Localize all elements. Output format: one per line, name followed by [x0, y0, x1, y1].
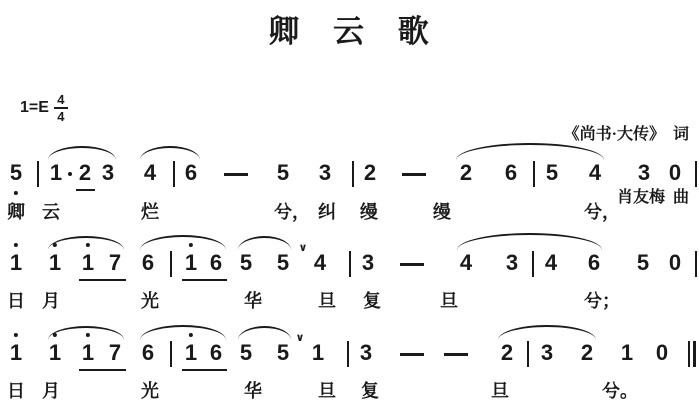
note: 1	[50, 160, 62, 186]
note: 6	[588, 250, 600, 276]
barline	[170, 251, 172, 277]
barline	[695, 251, 697, 277]
duration-dash	[224, 173, 248, 176]
note: 1	[49, 340, 61, 366]
lyric-syllable: 旦	[318, 377, 336, 403]
lyric-syllable: 纠	[318, 198, 336, 224]
lyric-syllable: 兮，	[274, 198, 310, 224]
note: 7	[109, 250, 121, 276]
barline	[173, 161, 175, 187]
note: 5	[10, 160, 22, 186]
note: 3	[638, 160, 650, 186]
note: 5	[637, 250, 649, 276]
note: 1	[82, 250, 94, 276]
slur	[498, 325, 596, 340]
lyric-syllable: 缦	[433, 198, 451, 224]
barline	[37, 161, 39, 187]
note: 1	[621, 340, 633, 366]
eighth-note-beam	[76, 189, 95, 191]
barline	[352, 161, 354, 187]
note: 7	[109, 340, 121, 366]
augmentation-dot	[68, 172, 72, 176]
note: 1	[185, 340, 197, 366]
lyric-syllable: 旦	[318, 287, 336, 313]
barline	[533, 161, 535, 187]
lyric-syllable: 日	[7, 377, 25, 403]
note: 6	[505, 160, 517, 186]
barline	[527, 341, 529, 367]
lyric-syllable: 兮。	[602, 377, 638, 403]
lyric-syllable: 华	[244, 287, 262, 313]
note: 6	[142, 340, 154, 366]
note: 3	[362, 250, 374, 276]
breath-mark: ∨	[296, 333, 305, 343]
slur	[48, 326, 124, 340]
note: 4	[545, 250, 557, 276]
credit-composer: 肖友梅 曲	[564, 187, 689, 208]
note: 3	[102, 160, 114, 186]
duration-dash	[400, 353, 424, 356]
note: 0	[656, 340, 668, 366]
note: 1	[185, 250, 197, 276]
note: 2	[79, 160, 91, 186]
note: 6	[210, 250, 222, 276]
duration-dash	[400, 263, 424, 266]
eighth-note-beam	[182, 279, 227, 281]
note: 3	[319, 160, 331, 186]
slur	[48, 236, 124, 250]
note: 1	[49, 250, 61, 276]
lyric-syllable: 月	[42, 377, 60, 403]
note: 1	[10, 250, 22, 276]
barline	[349, 251, 351, 277]
note: 1	[312, 340, 324, 366]
note: 2	[364, 160, 376, 186]
slur	[140, 235, 226, 250]
slur	[140, 325, 226, 340]
lyric-syllable: 兮；	[584, 287, 620, 313]
lyric-syllable: 卿	[7, 198, 25, 224]
note: 5	[240, 250, 252, 276]
lyric-syllable: 光	[141, 377, 159, 403]
lyric-syllable: 华	[244, 377, 262, 403]
lyric-syllable: 旦	[440, 287, 458, 313]
meter-numerator: 4	[55, 92, 66, 107]
duration-dash	[402, 173, 426, 176]
slur	[238, 236, 291, 250]
breath-mark: ∨	[299, 243, 308, 253]
note: 4	[314, 250, 326, 276]
meter-denominator: 4	[55, 109, 66, 124]
note: 3	[360, 340, 372, 366]
barline	[170, 341, 172, 367]
note: 4	[144, 160, 156, 186]
note: 4	[460, 250, 472, 276]
note: 4	[589, 160, 601, 186]
note: 5	[546, 160, 558, 186]
lyric-syllable: 云	[42, 198, 60, 224]
note: 1	[82, 340, 94, 366]
octave-dot-high	[14, 333, 18, 337]
note: 2	[501, 340, 513, 366]
octave-dot-high	[14, 243, 18, 247]
barline	[532, 251, 534, 277]
time-signature: 4 4	[54, 92, 68, 124]
note: 0	[669, 160, 681, 186]
note: 6	[142, 250, 154, 276]
lyric-syllable: 光	[141, 287, 159, 313]
slur	[48, 146, 116, 160]
key-signature: 1=E 4 4	[20, 92, 68, 124]
song-title: 卿 云 歌	[0, 6, 699, 51]
duration-dash	[444, 353, 468, 356]
eighth-note-beam	[182, 369, 227, 371]
lyric-syllable: 月	[42, 287, 60, 313]
credit-lyricist: 《尚书·大传》 词	[564, 124, 689, 145]
note: 5	[240, 340, 252, 366]
eighth-note-beam	[79, 369, 126, 371]
eighth-note-beam	[79, 279, 126, 281]
note: 5	[277, 250, 289, 276]
note: 3	[506, 250, 518, 276]
slur	[238, 326, 291, 340]
octave-dot-low	[14, 191, 18, 195]
note: 0	[669, 250, 681, 276]
lyric-syllable: 旦	[491, 377, 509, 403]
final-barline	[688, 341, 696, 367]
key-prefix: 1=E	[20, 99, 49, 117]
note: 5	[277, 160, 289, 186]
note: 2	[460, 160, 472, 186]
note: 6	[185, 160, 197, 186]
note: 6	[210, 340, 222, 366]
note: 3	[541, 340, 553, 366]
barline	[695, 161, 697, 187]
note: 5	[277, 340, 289, 366]
note: 1	[10, 340, 22, 366]
lyric-syllable: 复	[361, 377, 379, 403]
lyric-syllable: 复	[363, 287, 381, 313]
lyric-syllable: 烂	[141, 198, 159, 224]
barline	[347, 341, 349, 367]
slur	[140, 146, 200, 160]
lyric-syllable: 缦	[360, 198, 378, 224]
sheet-music-page: 卿 云 歌 1=E 4 4 《尚书·大传》 词 肖友梅 曲 5123465322…	[0, 0, 699, 407]
lyric-syllable: 兮，	[584, 198, 620, 224]
lyric-syllable: 日	[7, 287, 25, 313]
note: 2	[581, 340, 593, 366]
